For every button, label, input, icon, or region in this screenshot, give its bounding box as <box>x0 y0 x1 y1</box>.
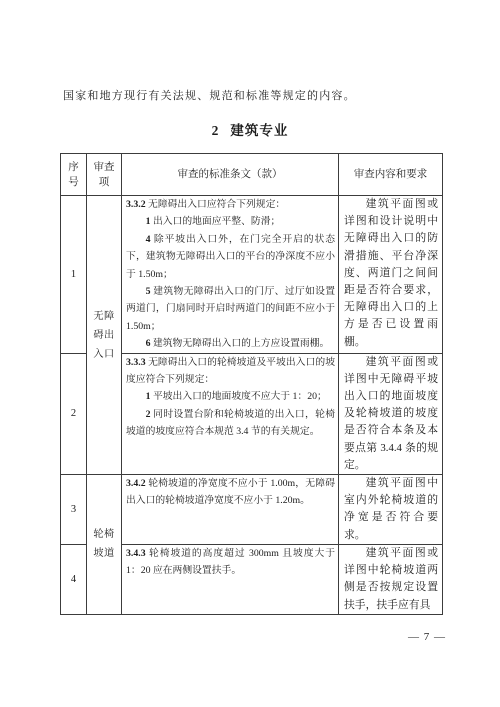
intro-paragraph: 国家和地方现行有关法规、规范和标准等规定的内容。 <box>63 88 443 104</box>
table-row: 1 无障碍出入口 3.3.2 无障碍出入口应符合下列规定：1 出入口的地面应平整… <box>61 196 443 354</box>
standard-clause-cell: 3.3.3 无障碍出入口的轮椅坡道及平坡出入口的坡度应符合下列规定：1 平坡出入… <box>122 353 339 474</box>
page-number: — 7 — <box>408 631 446 643</box>
review-item-cell-wheelchair-ramp: 轮椅坡道 <box>87 475 122 615</box>
header-review-item: 审查项 <box>87 154 122 196</box>
review-content-cell: 建筑平面图中室内外轮椅坡道的净宽是否符合要求。 <box>339 475 443 545</box>
review-table: 序号 审查项 审查的标准条文（款） 审查内容和要求 1 无障碍出入口 3.3.2… <box>60 153 443 615</box>
header-standard-clause: 审查的标准条文（款） <box>122 154 339 196</box>
review-content-cell: 建筑平面图或详图中无障碍平坡出入口的地面坡度及轮椅坡道的坡度是否符合本条及本要点… <box>339 353 443 474</box>
section-number: 2 <box>212 123 220 138</box>
header-review-content: 审查内容和要求 <box>339 154 443 196</box>
table-row: 3 轮椅坡道 3.4.2 轮椅坡道的净宽度不应小于 1.00m，无障碍出入口的轮… <box>61 475 443 545</box>
document-page: 国家和地方现行有关法规、规范和标准等规定的内容。 2建筑专业 序号 审查项 审查… <box>0 0 500 707</box>
section-title: 2建筑专业 <box>0 119 500 139</box>
review-content-cell: 建筑平面图或详图和设计说明中无障碍出入口的防滑措施、平台净深度、两道门之间间距是… <box>339 196 443 354</box>
header-serial-number: 序号 <box>61 154 87 196</box>
standard-clause-cell: 3.4.2 轮椅坡道的净宽度不应小于 1.00m，无障碍出入口的轮椅坡道净宽度不… <box>122 475 339 545</box>
section-title-text: 建筑专业 <box>230 123 288 138</box>
serial-number-cell: 2 <box>61 353 87 474</box>
standard-clause-cell: 3.4.3 轮椅坡道的高度超过 300mm 且坡度大于 1：20 应在两侧设置扶… <box>122 544 339 614</box>
serial-number-cell: 4 <box>61 544 87 614</box>
standard-clause-cell: 3.3.2 无障碍出入口应符合下列规定：1 出入口的地面应平整、防滑；4 除平坡… <box>122 196 339 354</box>
serial-number-cell: 3 <box>61 475 87 545</box>
serial-number-cell: 1 <box>61 196 87 354</box>
review-item-cell-barrier-free-entrance: 无障碍出入口 <box>87 196 122 475</box>
review-content-cell: 建筑平面图或详图中轮椅坡道两侧是否按规定设置扶手，扶手应有具 <box>339 544 443 614</box>
table-header-row: 序号 审查项 审查的标准条文（款） 审查内容和要求 <box>61 154 443 196</box>
